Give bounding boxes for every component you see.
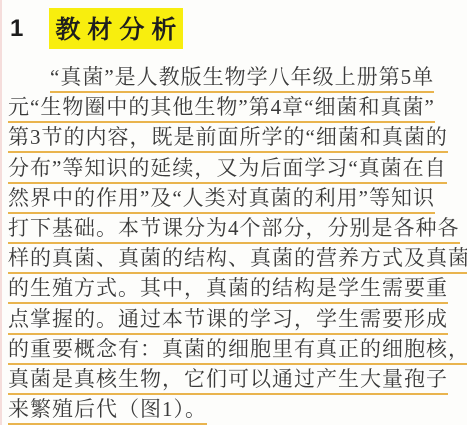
text-line: 第3节的内容，既是前面所学的“细菌和真菌的	[8, 122, 458, 152]
text-line: 元“生物圈中的其他生物”第4章“细菌和真菌”	[8, 92, 458, 122]
text-line: “真菌”是人教版生物学八年级上册第5单	[8, 62, 458, 92]
text-line: 来繁殖后代（图1）。	[8, 394, 458, 424]
text-line: 样的真菌、真菌的结构、真菌的营养方式及真菌	[8, 243, 458, 273]
section-number: 1	[10, 15, 23, 43]
text-line: 然界中的作用”及“人类对真菌的利用”等知识	[8, 183, 458, 213]
text-line: 点掌握的。通过本节课的学习，学生需要形成	[8, 304, 458, 334]
text-line: 真菌是真核生物，它们可以通过产生大量孢子	[8, 364, 458, 394]
document-page: 1 教材分析 “真菌”是人教版生物学八年级上册第5单 元“生物圈中的其他生物”第…	[0, 0, 467, 425]
text-line: 的重要概念有：真菌的细胞里有真正的细胞核，	[8, 334, 458, 364]
scan-edge-artifact	[0, 0, 2, 425]
section-title-highlighted: 教材分析	[49, 8, 183, 49]
text-line: 打下基础。本节课分为4个部分，分别是各种各	[8, 213, 458, 243]
body-paragraph: “真菌”是人教版生物学八年级上册第5单 元“生物圈中的其他生物”第4章“细菌和真…	[8, 62, 458, 424]
section-heading: 1 教材分析	[10, 8, 458, 49]
text-line: 的生殖方式。其中，真菌的结构是学生需要重	[8, 273, 458, 303]
text-line: 分布”等知识的延续，又为后面学习“真菌在自	[8, 153, 458, 183]
